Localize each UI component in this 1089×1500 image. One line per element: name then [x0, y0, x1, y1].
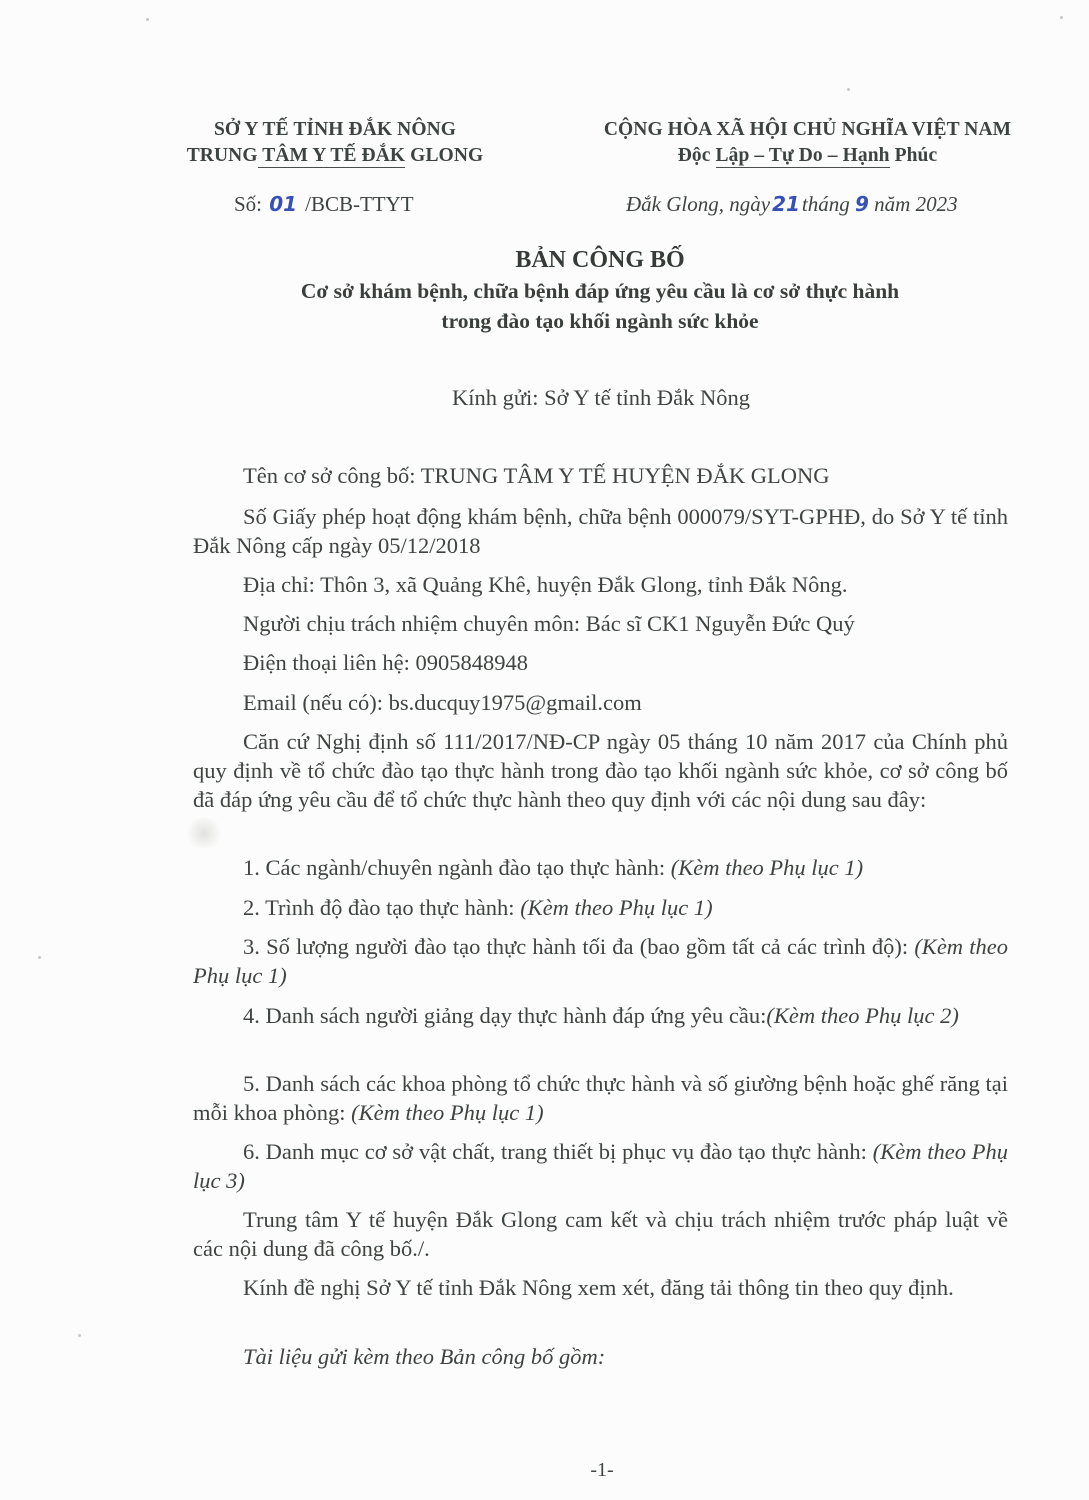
commitment: Trung tâm Y tế huyện Đắk Glong cam kết v… [193, 1205, 1008, 1263]
item-1-ref: (Kèm theo Phụ lục 1) [671, 855, 863, 880]
scan-speck [38, 956, 41, 959]
scan-speck [146, 18, 149, 21]
item-2: 2. Trình độ đào tạo thực hành: (Kèm theo… [193, 893, 1008, 922]
item-1-text: 1. Các ngành/chuyên ngành đào tạo thực h… [243, 855, 671, 880]
document-subtitle-line1: Cơ sở khám bệnh, chữa bệnh đáp ứng yêu c… [0, 276, 1089, 306]
item-2-ref: (Kèm theo Phụ lục 1) [520, 895, 712, 920]
scan-stain [184, 818, 224, 848]
legal-basis: Căn cứ Nghị định số 111/2017/NĐ-CP ngày … [193, 727, 1008, 814]
attachments-label: Tài liệu gửi kèm theo Bản công bố gồm: [193, 1342, 1008, 1371]
unit-name-underlined: TÂM Y TẾ ĐẮK [258, 145, 406, 168]
item-2-text: 2. Trình độ đào tạo thực hành: [243, 895, 520, 920]
motto-pre: Độc [678, 145, 716, 166]
item-6: 6. Danh mục cơ sở vật chất, trang thiết … [193, 1137, 1008, 1195]
item-4-text: 4. Danh sách người giảng dạy thực hành đ… [243, 1003, 766, 1028]
item-4-ref: (Kèm theo Phụ lục 2) [766, 1003, 958, 1028]
scan-speck [1060, 16, 1063, 19]
email: Email (nếu có): bs.ducquy1975@gmail.com [193, 688, 1008, 717]
item-3-text: 3. Số lượng người đào tạo thực hành tối … [243, 934, 914, 959]
scan-speck [78, 1334, 81, 1337]
date-month-handwritten: 9 [855, 192, 869, 216]
date-place: Đắk Glong, ngày [626, 192, 770, 216]
nation-name: CỘNG HÒA XÃ HỘI CHỦ NGHĨA VIỆT NAM [575, 119, 1040, 141]
recipient: Kính gửi: Sở Y tế tỉnh Đắk Nông [0, 383, 1089, 412]
document-number-label: Số: [234, 192, 262, 216]
document-number-suffix: /BCB-TTYT [305, 192, 414, 216]
unit-name: TRUNG TÂM Y TẾ ĐẮK GLONG [150, 145, 520, 167]
document-title: BẢN CÔNG BỐ [0, 247, 1089, 274]
unit-name-post: GLONG [405, 145, 483, 166]
document-number-handwritten: 01 [269, 192, 297, 216]
item-1: 1. Các ngành/chuyên ngành đào tạo thực h… [193, 853, 1008, 882]
document-date: Đắk Glong, ngày21tháng 9 năm 2023 [626, 190, 958, 219]
item-3: 3. Số lượng người đào tạo thực hành tối … [193, 932, 1008, 990]
item-5-text: 5. Danh sách các khoa phòng tổ chức thực… [193, 1071, 1008, 1125]
document-subtitle-line2: trong đào tạo khối ngành sức khỏe [0, 306, 1089, 336]
responsible-person: Người chịu trách nhiệm chuyên môn: Bác s… [193, 609, 1008, 638]
motto-post: Phúc [890, 145, 938, 166]
document-number: Số: 01/BCB-TTYT [234, 190, 414, 219]
date-month-label: tháng [802, 192, 850, 216]
facility-name: Tên cơ sở công bố: TRUNG TÂM Y TẾ HUYỆN … [193, 461, 1008, 490]
license-info: Số Giấy phép hoạt động khám bệnh, chữa b… [193, 502, 1008, 560]
national-motto: Độc Lập – Tự Do – Hạnh Phúc [575, 145, 1040, 167]
phone: Điện thoại liên hệ: 0905848948 [193, 648, 1008, 677]
request: Kính đề nghị Sở Y tế tỉnh Đắk Nông xem x… [193, 1273, 1008, 1302]
scan-speck [847, 88, 850, 91]
item-5-ref: (Kèm theo Phụ lục 1) [351, 1100, 543, 1125]
item-5: 5. Danh sách các khoa phòng tổ chức thực… [193, 1069, 1008, 1127]
motto-underlined: Lập – Tự Do – Hạnh [716, 145, 890, 168]
unit-name-pre: TRUNG [187, 145, 258, 166]
agency-name: SỞ Y TẾ TỈNH ĐẮK NÔNG [150, 119, 520, 141]
item-6-text: 6. Danh mục cơ sở vật chất, trang thiết … [243, 1139, 873, 1164]
date-year: năm 2023 [874, 192, 957, 216]
page-number: -1- [0, 1456, 1089, 1485]
address: Địa chỉ: Thôn 3, xã Quảng Khê, huyện Đắk… [193, 570, 1008, 599]
item-4: 4. Danh sách người giảng dạy thực hành đ… [193, 1001, 1008, 1030]
date-day-handwritten: 21 [772, 192, 800, 216]
